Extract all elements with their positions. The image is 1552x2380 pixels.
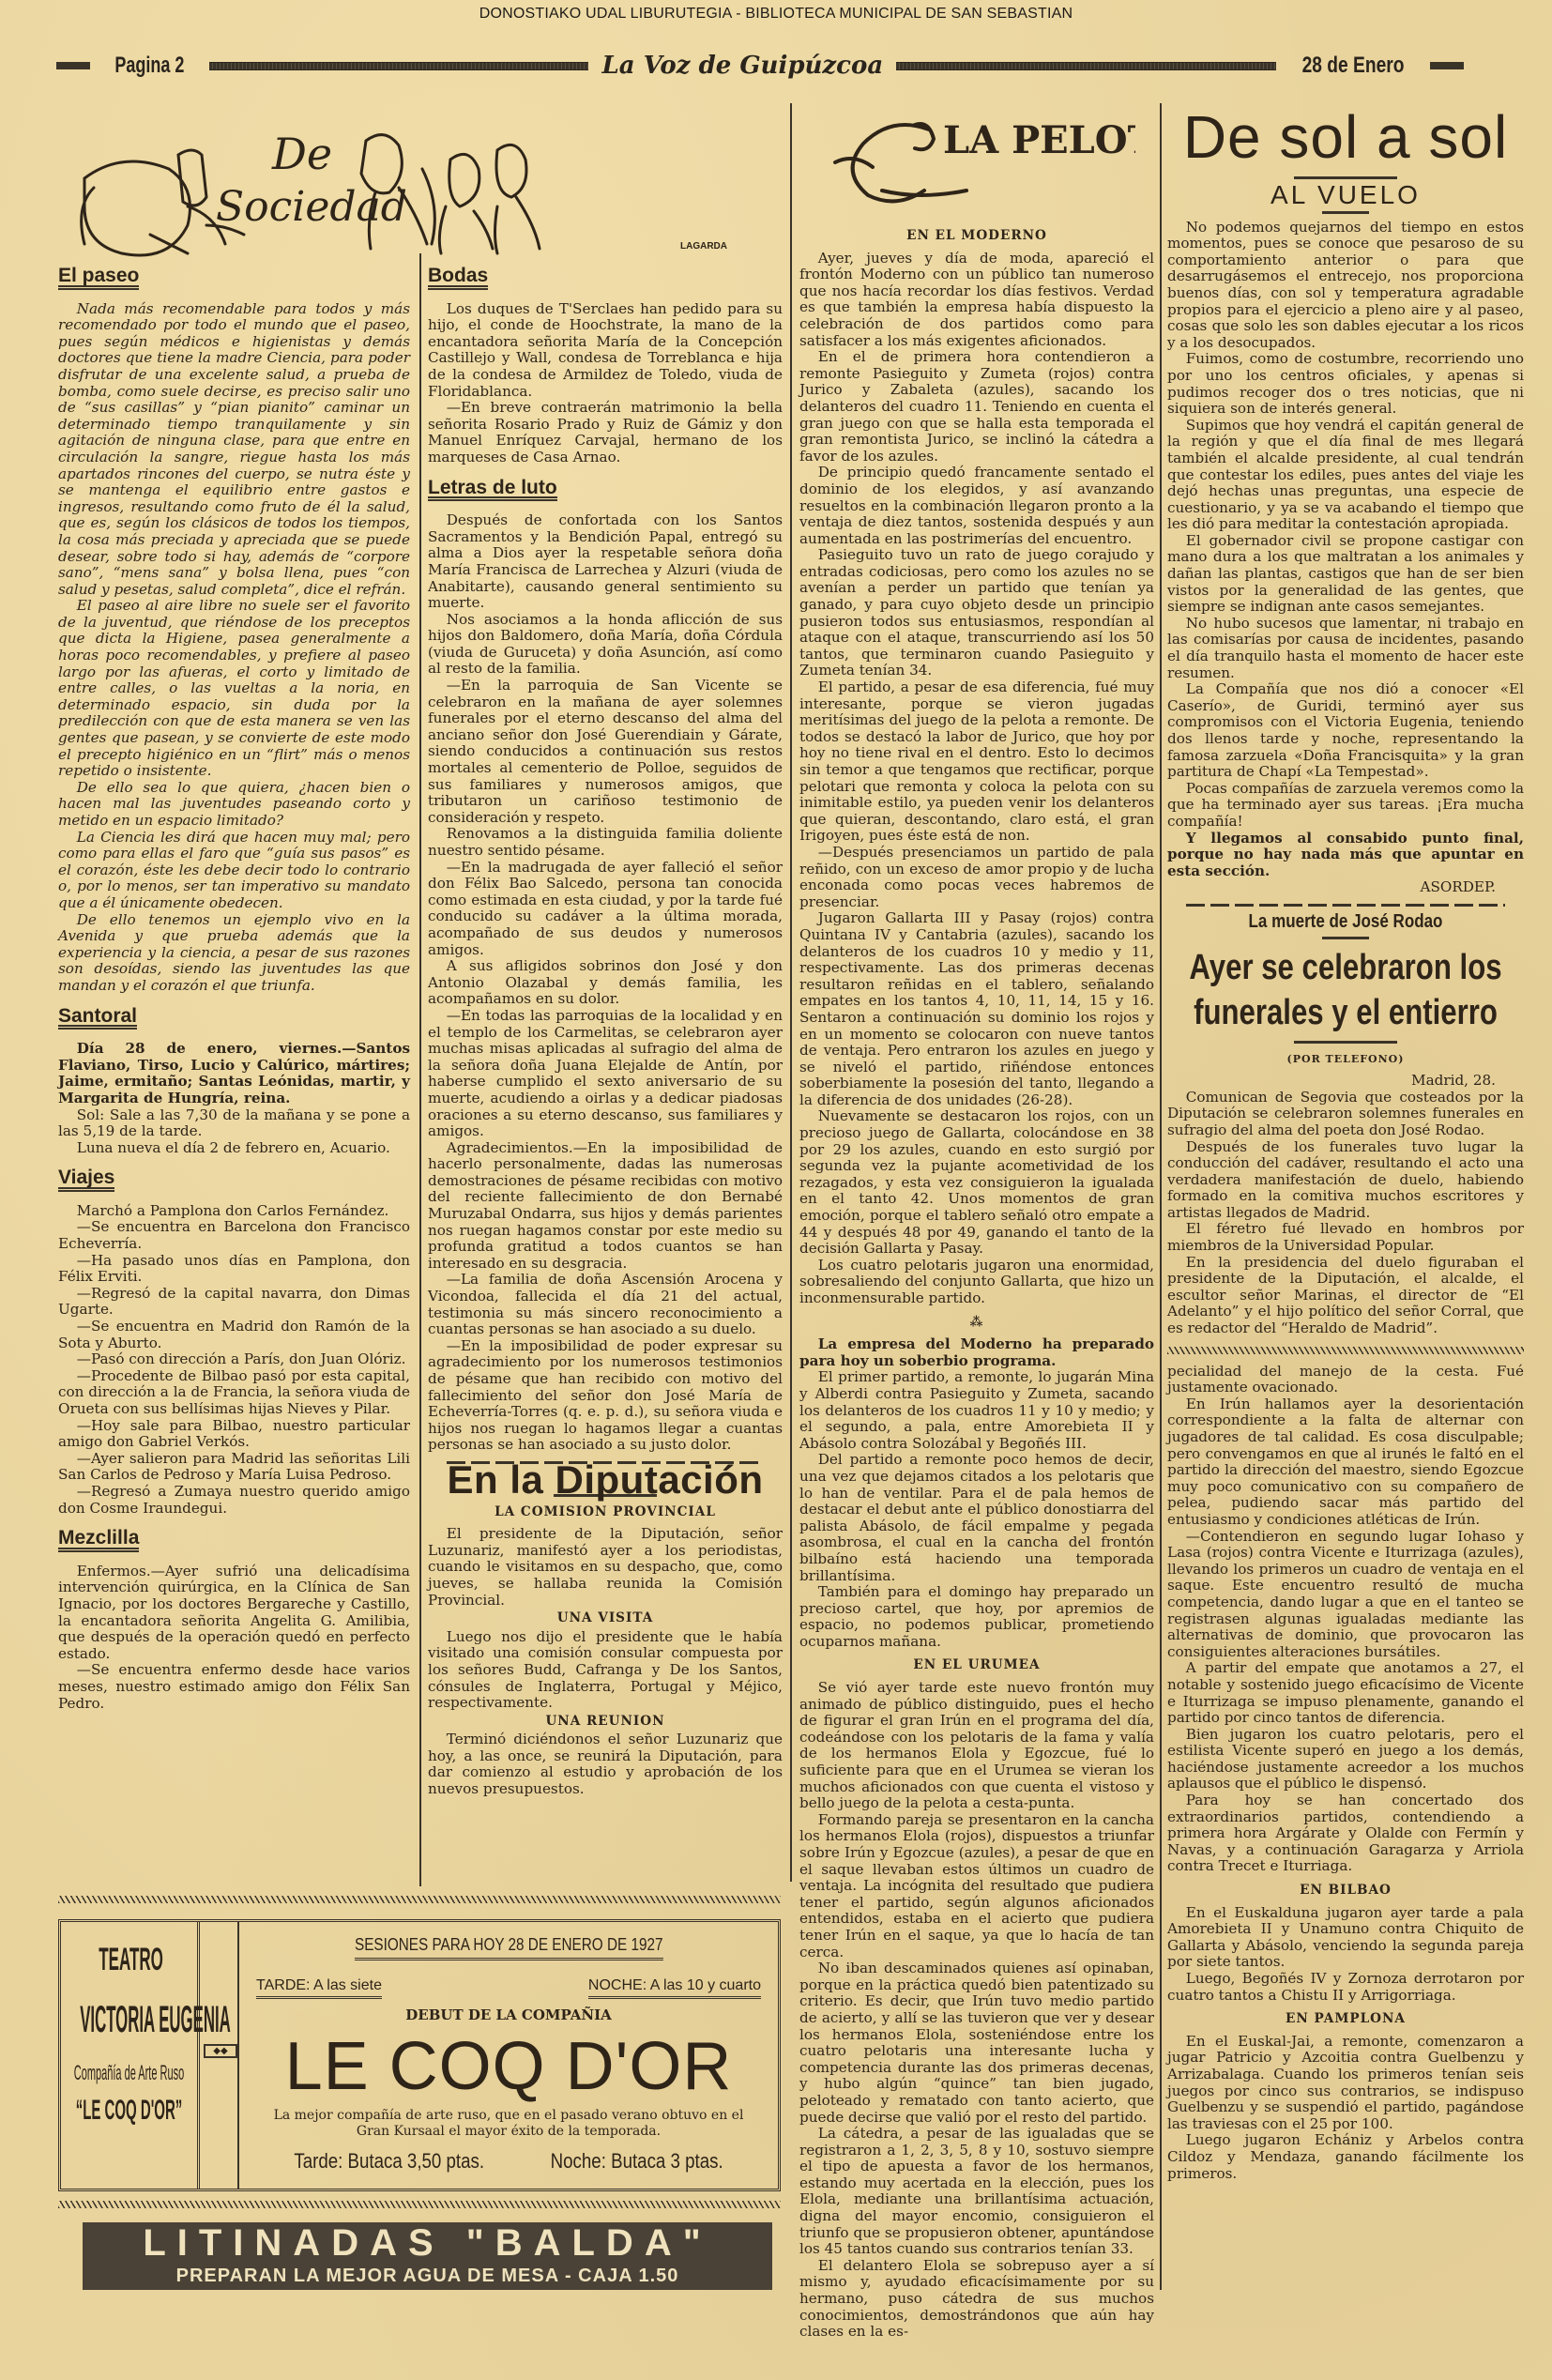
litinadas-balda-ad: LITINADAS "BALDA" PREPARAN LA MEJOR AGUA… — [83, 2222, 772, 2290]
paragraph: La Compañía que nos dió a conocer «El Ca… — [1167, 681, 1524, 781]
paragraph: —En la madrugada de ayer falleció el señ… — [428, 860, 783, 959]
paragraph: En el Euskalduna jugaron ayer tarde a pa… — [1167, 1905, 1524, 1971]
column-rule — [419, 253, 421, 1886]
paragraph: A partir del empate que anotamos a 27, e… — [1167, 1660, 1524, 1726]
section-heading: Letras de luto — [428, 480, 557, 502]
paragraph: Día 28 de enero, viernes.—Santos Flavian… — [58, 1041, 410, 1106]
article-bodas: Bodas Los duques de T'Serclaes han pedid… — [428, 267, 783, 466]
article-jose-rodao: La muerte de José Rodao Ayer se celebrar… — [1167, 914, 1524, 1337]
paragraph: Jugaron Gallarta III y Pasay (rojos) con… — [799, 910, 1154, 1108]
paragraph: Los duques de T'Serclaes han pedido para… — [428, 301, 783, 401]
subheading: LA COMISION PROVINCIAL — [428, 1504, 783, 1521]
article-headline: En la Diputación — [428, 1472, 783, 1488]
ad-night-time: NOCHE: A las 10 y cuarto — [588, 1977, 761, 1999]
article-kicker: La muerte de José Rodao — [1194, 914, 1498, 931]
section-heading: El paseo — [58, 267, 139, 290]
paragraph: Sol: Sale a las 7,30 de la mañana y se p… — [58, 1107, 410, 1140]
paragraph: —Regresó a Zumaya nuestro querido amigo … — [58, 1484, 410, 1517]
newspaper-title: La Voz de Guipúzcoa — [601, 52, 883, 80]
paragraph: El féretro fué llevado en hombros por mi… — [1167, 1221, 1524, 1254]
paragraph: —Procedente de Bilbao pasó por esta capi… — [58, 1368, 410, 1418]
wavy-rule — [1167, 1347, 1524, 1354]
ad-description: La mejor compañía de arte ruso, que en e… — [266, 2108, 752, 2140]
victoria-eugenia-theatre-ad: TEATRO VICTORIA EUGENIA Compañía de Arte… — [58, 1919, 781, 2191]
paragraph: Bien jugaron los cuatro pelotaris, pero … — [1167, 1727, 1524, 1793]
article-viajes: Viajes Marchó a Pamplona don Carlos Fern… — [58, 1156, 410, 1517]
paragraph: —Regresó de la capital navarra, don Dima… — [58, 1286, 410, 1319]
subheading: EN PAMPLONA — [1167, 2011, 1524, 2028]
cartoon-caption-de: De — [271, 129, 332, 179]
paragraph: —La familia de doña Ascensión Arocena y … — [428, 1272, 783, 1337]
short-rule — [1294, 1041, 1397, 1044]
column-rule — [790, 103, 792, 1882]
paragraph: Después de los funerales tuvo lugar la c… — [1167, 1139, 1524, 1222]
news-source: (POR TELEFONO) — [1167, 1051, 1524, 1068]
archive-banner: DONOSTIAKO UDAL LIBURUTEGIA - BIBLIOTECA… — [0, 6, 1552, 23]
masthead-rule-end — [56, 62, 90, 69]
paragraph: Se vió ayer tarde este nuevo frontón muy… — [799, 1680, 1154, 1812]
column-3: EN EL MODERNO Ayer, jueves y día de moda… — [799, 221, 1154, 2341]
short-rule — [1322, 211, 1369, 214]
paragraph: Nos asociamos a la honda aflicción de su… — [428, 612, 783, 678]
paragraph: —Ayer salieron para Madrid las señoritas… — [58, 1451, 410, 1484]
author-signature: ASORDEP. — [1167, 879, 1524, 896]
article-letras-de-luto: Letras de luto Después de confortada con… — [428, 466, 783, 1454]
article-pelota-continued: pecialidad del manejo de la cesta. Fué j… — [1167, 1364, 1524, 2183]
ad-price-afternoon: Tarde: Butaca 3,50 ptas. — [294, 2149, 484, 2174]
short-rule — [1294, 176, 1397, 179]
page-number: Pagina 2 — [114, 53, 184, 79]
ad-debut-label: DEBUT DE LA COMPAÑIA — [256, 2006, 761, 2023]
paragraph: En la presidencia del duelo figuraban el… — [1167, 1255, 1524, 1337]
paragraph: También para el domingo hay preparado un… — [799, 1584, 1154, 1650]
paragraph: Terminó diciéndonos el señor Luzunariz q… — [428, 1732, 783, 1797]
cartoon-caption-sociedad: Sociedad — [216, 183, 407, 231]
ad-ornamental-divider — [200, 1922, 239, 2189]
ad-program-panel: SESIONES PARA HOY 28 DE ENERO DE 1927 TA… — [239, 1922, 778, 2189]
dateline: Madrid, 28. — [1167, 1073, 1524, 1090]
paragraph: Pocas compañías de zarzuela veremos como… — [1167, 781, 1524, 831]
article-el-paseo: El paseo Nada más recomendable para todo… — [58, 267, 410, 995]
ad-price-night: Noche: Butaca 3 ptas. — [551, 2149, 723, 2174]
column-2: Bodas Los duques de T'Serclaes han pedid… — [428, 267, 783, 1798]
paragraph: Nuevamente se destacaron los rojos, con … — [799, 1108, 1154, 1257]
paragraph: De principio quedó francamente sentado e… — [799, 465, 1154, 547]
paragraph: El presidente de la Diputación, señor Lu… — [428, 1526, 783, 1609]
paragraph: Enfermos.—Ayer sufrió una delicadísima i… — [58, 1564, 410, 1663]
paragraph: Pasieguito tuvo un rato de juego corajud… — [799, 547, 1154, 679]
paragraph: La empresa del Moderno ha preparado para… — [799, 1336, 1154, 1369]
paragraph: —Ha pasado unos días en Pamplona, don Fé… — [58, 1253, 410, 1286]
sociedad-cartoon-illustration: De Sociedad LAGARDA — [56, 103, 779, 263]
ornamental-rule — [1186, 904, 1505, 907]
ad-show-title: LE COQ D'OR — [256, 2029, 761, 2104]
ad-afternoon-time: TARDE: A las siete — [256, 1977, 382, 1999]
paragraph: La cátedra, a pesar de las igualadas que… — [799, 2126, 1154, 2258]
ad-showtimes: TARDE: A las siete NOCHE: A las 10 y cua… — [256, 1977, 761, 1999]
ad-balda-brand: LITINADAS "BALDA" — [83, 2222, 772, 2264]
short-rule — [1322, 937, 1369, 939]
ad-sessions-date: SESIONES PARA HOY 28 DE ENERO DE 1927 — [355, 1935, 663, 1960]
paragraph: —En todas las parroquias de la localidad… — [428, 1008, 783, 1140]
paragraph: La Ciencia les dirá que hacen muy mal; p… — [58, 830, 410, 912]
paragraph: En el de primera hora contendieron a rem… — [799, 349, 1154, 465]
article-mezclilla: Mezclilla Enfermos.—Ayer sufrió una deli… — [58, 1517, 410, 1712]
ad-balda-tagline: PREPARAN LA MEJOR AGUA DE MESA - CAJA 1.… — [83, 2264, 772, 2288]
paragraph: Después de confortada con los Santos Sac… — [428, 512, 783, 612]
paragraph: Luego, Begoñés IV y Zornoza derrotaron p… — [1167, 1971, 1524, 2004]
ad-theatre-name-panel: TEATRO VICTORIA EUGENIA Compañía de Arte… — [61, 1922, 200, 2189]
paragraph: Formando pareja se presentaron en la can… — [799, 1812, 1154, 1960]
masthead-rule — [209, 62, 589, 70]
ad-theatre-name: VICTORIA EUGENIA — [80, 1997, 178, 2042]
ad-company: Compañía de Arte Ruso — [70, 2061, 188, 2085]
paragraph: Nada más recomendable para todos y más r… — [58, 301, 410, 599]
paragraph: Los cuatro pelotaris jugaron una enormid… — [799, 1258, 1154, 1307]
masthead-rule-end — [1430, 62, 1464, 69]
paragraph: No hubo sucesos que lamentar, ni trabajo… — [1167, 616, 1524, 681]
paragraph: El paseo al aire libre no suele ser el f… — [58, 598, 410, 780]
paragraph: El partido, a pesar de esa diferencia, f… — [799, 679, 1154, 845]
subheading: UNA REUNION — [428, 1714, 783, 1731]
section-heading: Santoral — [58, 1008, 137, 1030]
ad-teatro-label: TEATRO — [99, 1941, 160, 1978]
paragraph: —Se encuentra en Madrid don Ramón de la … — [58, 1319, 410, 1351]
paragraph: —Se encuentra en Barcelona don Francisco… — [58, 1219, 410, 1252]
logo-text: LA PELOTA — [943, 118, 1135, 162]
subheading: UNA VISITA — [428, 1610, 783, 1627]
column-subheadline: AL VUELO — [1167, 187, 1524, 204]
column-headline: De sol a sol — [1167, 103, 1524, 171]
paragraph: —Pasó con dirección a París, don Juan Ol… — [58, 1351, 410, 1368]
paragraph: Renovamos a la distinguida familia dolie… — [428, 826, 783, 859]
subheading: EN EL MODERNO — [799, 228, 1154, 245]
la-pelota-logo: LA PELOTA — [826, 111, 1135, 205]
paragraph: Luna nueva el día 2 de febrero en, Acuar… — [58, 1140, 410, 1157]
section-heading: Bodas — [428, 267, 488, 290]
paragraph: Luego jugaron Echániz y Arbelos contra C… — [1167, 2132, 1524, 2182]
paragraph: Agradecimientos.—En la imposibilidad de … — [428, 1140, 783, 1273]
paragraph: Ayer, jueves y día de moda, apareció el … — [799, 251, 1154, 350]
paragraph: Marchó a Pamplona don Carlos Fernández. — [58, 1203, 410, 1220]
paragraph: Y llegamos al consabido punto final, por… — [1167, 831, 1524, 880]
cartoon-signature: LAGARDA — [680, 241, 727, 252]
paragraph: —Hoy sale para Bilbao, nuestro particula… — [58, 1418, 410, 1451]
issue-date: 28 de Enero — [1302, 53, 1405, 79]
paragraph: El delantero Elola se sobrepuso ayer a s… — [799, 2258, 1154, 2341]
article-en-el-moderno: EN EL MODERNO Ayer, jueves y día de moda… — [799, 228, 1154, 1650]
paragraph: El primer partido, a remonte, lo jugarán… — [799, 1369, 1154, 1452]
article-headline: Ayer se celebraron los funerales y el en… — [1177, 945, 1515, 1035]
paragraph: Comunican de Segovia que costeados por l… — [1167, 1090, 1524, 1139]
ad-prices: Tarde: Butaca 3,50 ptas. Noche: Butaca 3… — [294, 2149, 723, 2174]
asterism-divider: ⁂ — [799, 1315, 1154, 1332]
article-de-sol-a-sol: De sol a sol AL VUELO No podemos quejarn… — [1167, 103, 1524, 896]
column-4: De sol a sol AL VUELO No podemos quejarn… — [1167, 103, 1524, 2182]
column-rule — [1160, 103, 1162, 2290]
paragraph: En el Euskal-Jai, a remonte, comenzaron … — [1167, 2034, 1524, 2133]
masthead-rule — [896, 62, 1276, 70]
paragraph: De ello sea lo que quiera, ¿hacen bien o… — [58, 780, 410, 830]
paragraph: —En breve contraerán matrimonio la bella… — [428, 400, 783, 465]
paragraph: Supimos que hoy vendrá el capitán genera… — [1167, 418, 1524, 533]
column-1: El paseo Nada más recomendable para todo… — [58, 267, 410, 1712]
paragraph: No podemos quejarnos del tiempo en estos… — [1167, 220, 1524, 352]
paragraph: A sus afligidos sobrinos don José y don … — [428, 958, 783, 1008]
paragraph: Fuimos, como de costumbre, recorriendo u… — [1167, 351, 1524, 417]
section-heading: Mezclilla — [58, 1530, 139, 1552]
paragraph: —Se encuentra enfermo desde hace varios … — [58, 1662, 410, 1712]
paragraph: —Contendieron en segundo lugar Iohaso y … — [1167, 1529, 1524, 1661]
paragraph: El gobernador civil se propone castigar … — [1167, 533, 1524, 616]
paragraph: En Irún hallamos ayer la desorientación … — [1167, 1396, 1524, 1529]
article-en-el-urumea: EN EL URUMEA Se vió ayer tarde este nuev… — [799, 1657, 1154, 2340]
masthead: Pagina 2 La Voz de Guipúzcoa 28 de Enero — [56, 53, 1464, 79]
ad-company-name: “LE COQ D'OR” — [70, 2095, 188, 2127]
article-santoral: Santoral Día 28 de enero, viernes.—Santo… — [58, 995, 410, 1157]
paragraph: —Después presenciamos un partido de pala… — [799, 845, 1154, 910]
wavy-rule — [58, 2201, 781, 2208]
wavy-rule — [58, 1896, 781, 1903]
subheading: EN BILBAO — [1167, 1883, 1524, 1899]
paragraph: De ello tenemos un ejemplo vivo en la Av… — [58, 912, 410, 995]
section-heading: Viajes — [58, 1169, 114, 1192]
paragraph: Para hoy se han concertado dos extraordi… — [1167, 1793, 1524, 1875]
subheading: EN EL URUMEA — [799, 1657, 1154, 1674]
article-diputacion: En la Diputación LA COMISION PROVINCIAL … — [428, 1472, 783, 1798]
paragraph: —En la imposibilidad de poder expresar s… — [428, 1338, 783, 1454]
paragraph: Del partido a remonte poco hemos de deci… — [799, 1452, 1154, 1584]
paragraph: —En la parroquia de San Vicente se celeb… — [428, 678, 783, 826]
paragraph: No iban descaminados quienes así opinaba… — [799, 1960, 1154, 2126]
paragraph: pecialidad del manejo de la cesta. Fué j… — [1167, 1364, 1524, 1396]
paragraph: Luego nos dijo el presidente que le habí… — [428, 1629, 783, 1712]
